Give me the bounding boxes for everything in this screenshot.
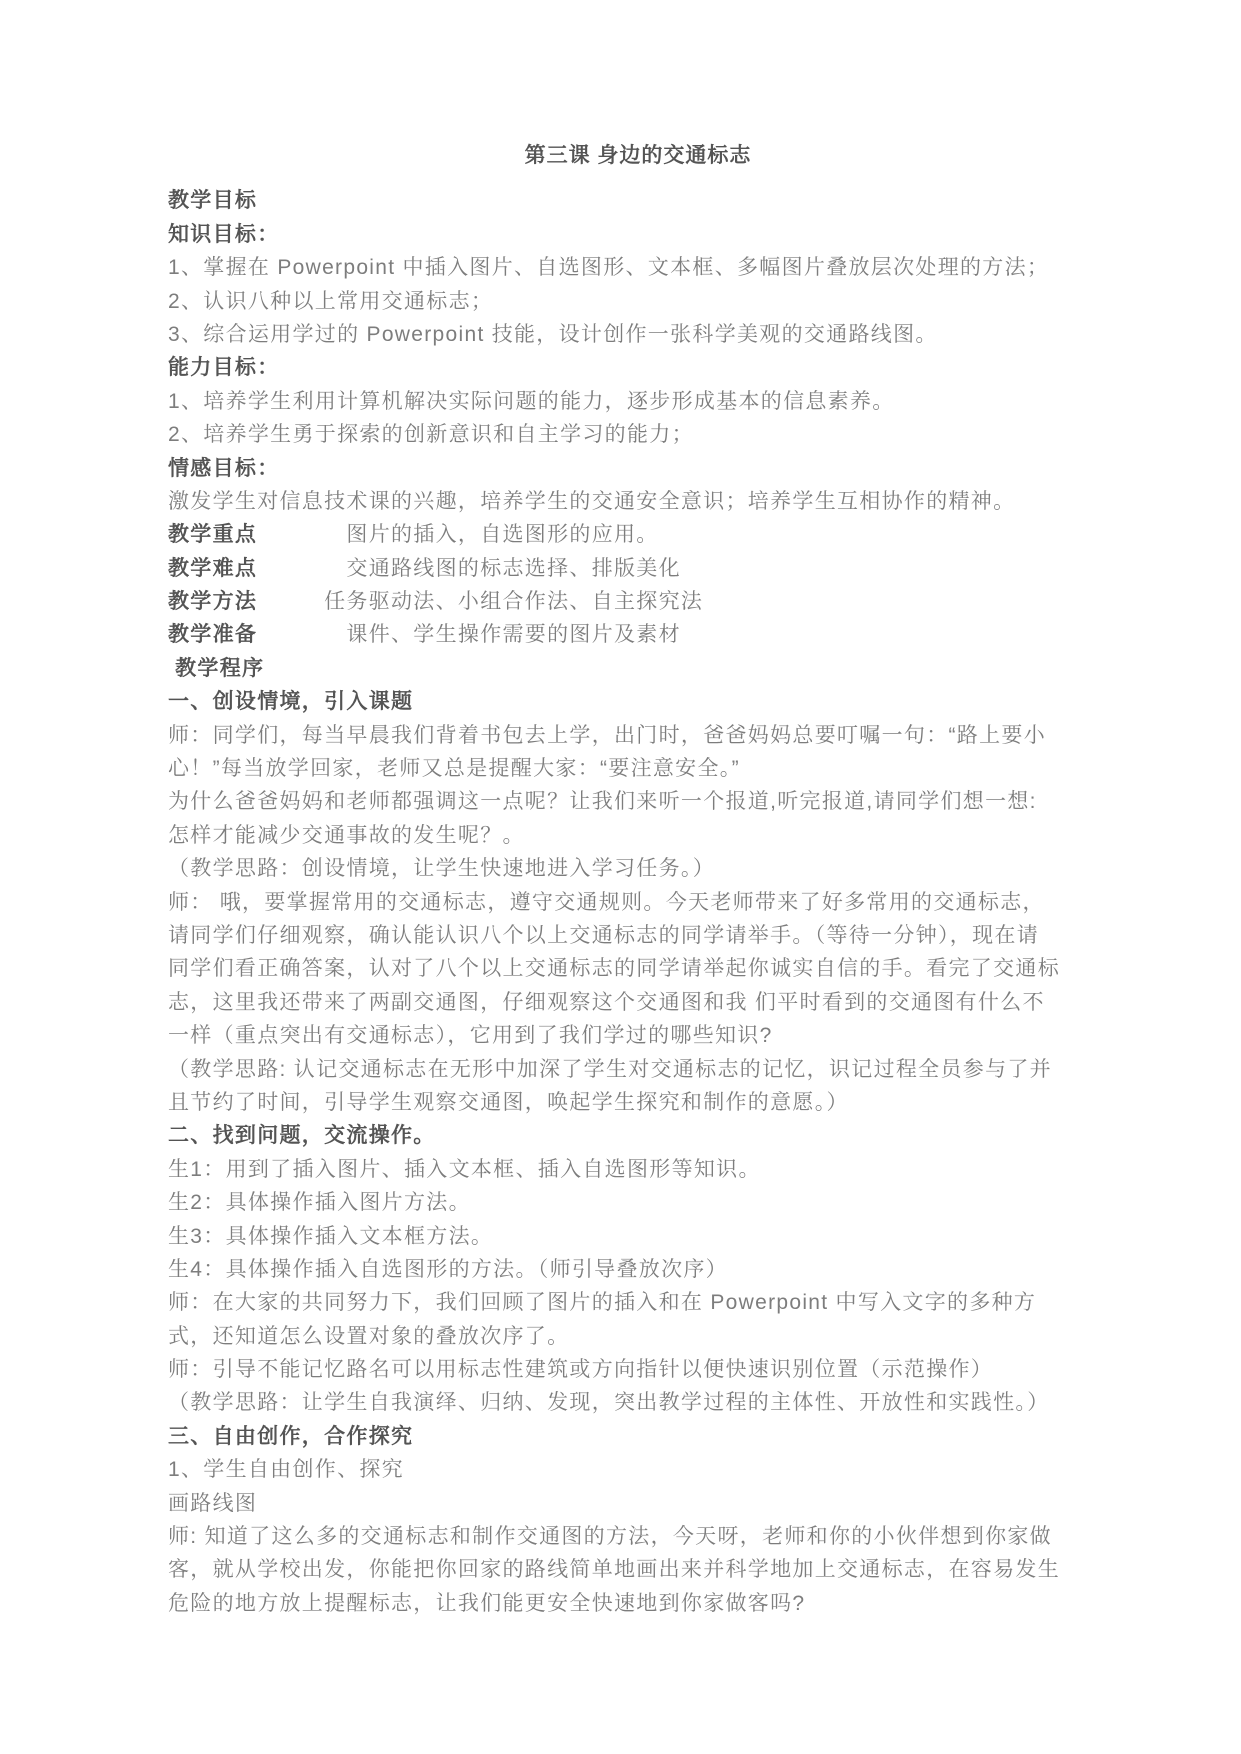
text-line: 一样（重点突出有交通标志），它用到了我们学过的哪些知识?	[168, 1019, 1108, 1052]
body-text: 客，就从学校出发，你能把你回家的路线简单地画出来并科学地加上交通标志，在容易发生	[168, 1558, 1060, 1581]
bold-text: 知识目标：	[168, 223, 280, 246]
body-text: 师：同学们，每当早晨我们背着书包去上学，出门时，爸爸妈妈总要叮嘱一句：“路上要小	[168, 724, 1046, 747]
bold-text: 教学程序	[168, 657, 264, 680]
body-text: 且节约了时间，引导学生观察交通图，唤起学生探究和制作的意愿。）	[168, 1091, 849, 1114]
text-line: 知识目标：	[168, 218, 1108, 251]
bold-text: 三、自由创作，合作探究	[168, 1425, 413, 1448]
body-text: 2、认识八种以上常用交通标志；	[168, 290, 493, 313]
body-text: 危险的地方放上提醒标志，让我们能更安全快速地到你家做客吗?	[168, 1592, 805, 1615]
text-line: 教学重点 图片的插入，自选图形的应用。	[168, 518, 1108, 551]
body-text: 激发学生对信息技术课的兴趣，培养学生的交通安全意识；培养学生互相协作的精神。	[168, 490, 1015, 513]
body-text: 1、培养学生利用计算机解决实际问题的能力，逐步形成基本的信息素养。	[168, 390, 895, 413]
bold-text: 教学难点	[168, 557, 257, 580]
text-line: 画路线图	[168, 1487, 1108, 1520]
text-line: 客，就从学校出发，你能把你回家的路线简单地画出来并科学地加上交通标志，在容易发生	[168, 1553, 1108, 1586]
text-line: 怎样才能减少交通事故的发生呢？。	[168, 819, 1108, 852]
text-line: 激发学生对信息技术课的兴趣，培养学生的交通安全意识；培养学生互相协作的精神。	[168, 485, 1108, 518]
text-line: 教学难点 交通路线图的标志选择、排版美化	[168, 552, 1108, 585]
body-text: 式，还知道怎么设置对象的叠放次序了。	[168, 1325, 569, 1348]
text-line: 教学程序	[168, 652, 1108, 685]
text-line: 1、学生自由创作、探究	[168, 1453, 1108, 1486]
bold-text: 能力目标：	[168, 356, 280, 379]
body-text: 师：在大家的共同努力下，我们回顾了图片的插入和在 Powerpoint 中写入文…	[168, 1291, 1036, 1314]
text-line: 师：引导不能记忆路名可以用标志性建筑或方向指针以便快速识别位置（示范操作）	[168, 1353, 1108, 1386]
text-line: 且节约了时间，引导学生观察交通图，唤起学生探究和制作的意愿。）	[168, 1086, 1108, 1119]
text-line: 3、综合运用学过的 Powerpoint 技能，设计创作一张科学美观的交通路线图…	[168, 318, 1108, 351]
text-line: 师：同学们，每当早晨我们背着书包去上学，出门时，爸爸妈妈总要叮嘱一句：“路上要小	[168, 719, 1108, 752]
text-line: 生4：具体操作插入自选图形的方法。（师引导叠放次序）	[168, 1253, 1108, 1286]
text-line: 1、掌握在 Powerpoint 中插入图片、自选图形、文本框、多幅图片叠放层次…	[168, 251, 1108, 284]
body-text: 生1：用到了插入图片、插入文本框、插入自选图形等知识。	[168, 1158, 761, 1181]
text-line: 为什么爸爸妈妈和老师都强调这一点呢？让我们来听一个报道,听完报道,请同学们想一想…	[168, 785, 1108, 818]
body-text: 1、学生自由创作、探究	[168, 1458, 404, 1481]
body-text: 一样（重点突出有交通标志），它用到了我们学过的哪些知识?	[168, 1024, 773, 1047]
body-text: 课件、学生操作需要的图片及素材	[257, 623, 681, 646]
text-line: （教学思路：创设情境，让学生快速地进入学习任务。）	[168, 852, 1108, 885]
document-content: 第三课 身边的交通标志 教学目标知识目标：1、掌握在 Powerpoint 中插…	[168, 139, 1108, 1620]
body-text: 图片的插入，自选图形的应用。	[257, 523, 658, 546]
text-line: 请同学们仔细观察，确认能认识八个以上交通标志的同学请举手。（等待一分钟），现在请	[168, 919, 1108, 952]
text-line: 2、培养学生勇于探索的创新意识和自主学习的能力；	[168, 418, 1108, 451]
body-text: 怎样才能减少交通事故的发生呢？。	[168, 824, 525, 847]
text-line: 1、培养学生利用计算机解决实际问题的能力，逐步形成基本的信息素养。	[168, 385, 1108, 418]
body-text: 师：引导不能记忆路名可以用标志性建筑或方向指针以便快速识别位置（示范操作）	[168, 1358, 993, 1381]
body-text: 师: 知道了这么多的交通标志和制作交通图的方法，今天呀，老师和你的小伙伴想到你家…	[168, 1525, 1052, 1548]
body-text: （教学思路：创设情境，让学生快速地进入学习任务。）	[168, 857, 715, 880]
text-line: 三、自由创作，合作探究	[168, 1420, 1108, 1453]
body-text: 画路线图	[168, 1492, 257, 1515]
body-text: （教学思路: 认记交通标志在无形中加深了学生对交通标志的记忆，识记过程全员参与了…	[168, 1058, 1052, 1081]
document-title: 第三课 身边的交通标志	[168, 139, 1108, 172]
body-text: 1、掌握在 Powerpoint 中插入图片、自选图形、文本框、多幅图片叠放层次…	[168, 256, 1049, 279]
document-body: 教学目标知识目标：1、掌握在 Powerpoint 中插入图片、自选图形、文本框…	[168, 184, 1108, 1620]
text-line: （教学思路: 认记交通标志在无形中加深了学生对交通标志的记忆，识记过程全员参与了…	[168, 1053, 1108, 1086]
text-line: 能力目标：	[168, 351, 1108, 384]
text-line: 危险的地方放上提醒标志，让我们能更安全快速地到你家做客吗?	[168, 1587, 1108, 1620]
bold-text: 情感目标：	[168, 457, 280, 480]
body-text: 2、培养学生勇于探索的创新意识和自主学习的能力；	[168, 423, 694, 446]
body-text: 师： 哦，要掌握常用的交通标志，遵守交通规则。今天老师带来了好多常用的交通标志，	[168, 891, 1045, 914]
body-text: （教学思路：让学生自我演绎、归纳、发现，突出教学过程的主体性、开放性和实践性。）	[168, 1391, 1050, 1414]
bold-text: 教学重点	[168, 523, 257, 546]
body-text: 3、综合运用学过的 Powerpoint 技能，设计创作一张科学美观的交通路线图…	[168, 323, 938, 346]
document-page: 第三课 身边的交通标志 教学目标知识目标：1、掌握在 Powerpoint 中插…	[0, 0, 1241, 1754]
body-text: 心！”每当放学回家，老师又总是提醒大家：“要注意安全。”	[168, 757, 740, 780]
text-line: 情感目标：	[168, 452, 1108, 485]
text-line: 心！”每当放学回家，老师又总是提醒大家：“要注意安全。”	[168, 752, 1108, 785]
text-line: 志，这里我还带来了两副交通图，仔细观察这个交通图和我 们平时看到的交通图有什么不	[168, 986, 1108, 1019]
text-line: 生2：具体操作插入图片方法。	[168, 1186, 1108, 1219]
bold-text: 教学目标	[168, 189, 257, 212]
body-text: 请同学们仔细观察，确认能认识八个以上交通标志的同学请举手。（等待一分钟），现在请	[168, 924, 1039, 947]
body-text: 志，这里我还带来了两副交通图，仔细观察这个交通图和我 们平时看到的交通图有什么不	[168, 991, 1045, 1014]
body-text: 任务驱动法、小组合作法、自主探究法	[257, 590, 703, 613]
text-line: 教学方法 任务驱动法、小组合作法、自主探究法	[168, 585, 1108, 618]
bold-text: 一、创设情境，引入课题	[168, 690, 413, 713]
text-line: 生1：用到了插入图片、插入文本框、插入自选图形等知识。	[168, 1153, 1108, 1186]
text-line: 师：在大家的共同努力下，我们回顾了图片的插入和在 Powerpoint 中写入文…	[168, 1286, 1108, 1319]
text-line: 同学们看正确答案，认对了八个以上交通标志的同学请举起你诚实自信的手。看完了交通标	[168, 952, 1108, 985]
text-line: 式，还知道怎么设置对象的叠放次序了。	[168, 1320, 1108, 1353]
text-line: （教学思路：让学生自我演绎、归纳、发现，突出教学过程的主体性、开放性和实践性。）	[168, 1386, 1108, 1419]
body-text: 生2：具体操作插入图片方法。	[168, 1191, 471, 1214]
text-line: 教学目标	[168, 184, 1108, 217]
text-line: 师： 哦，要掌握常用的交通标志，遵守交通规则。今天老师带来了好多常用的交通标志，	[168, 886, 1108, 919]
text-line: 2、认识八种以上常用交通标志；	[168, 285, 1108, 318]
text-line: 师: 知道了这么多的交通标志和制作交通图的方法，今天呀，老师和你的小伙伴想到你家…	[168, 1520, 1108, 1553]
body-text: 交通路线图的标志选择、排版美化	[257, 557, 681, 580]
bold-text: 教学准备	[168, 623, 257, 646]
bold-text: 教学方法	[168, 590, 257, 613]
body-text: 为什么爸爸妈妈和老师都强调这一点呢？让我们来听一个报道,听完报道,请同学们想一想…	[168, 790, 1037, 813]
text-line: 一、创设情境，引入课题	[168, 685, 1108, 718]
text-line: 生3：具体操作插入文本框方法。	[168, 1220, 1108, 1253]
text-line: 教学准备 课件、学生操作需要的图片及素材	[168, 618, 1108, 651]
body-text: 同学们看正确答案，认对了八个以上交通标志的同学请举起你诚实自信的手。看完了交通标	[168, 957, 1060, 980]
text-line: 二、找到问题，交流操作。	[168, 1119, 1108, 1152]
body-text: 生4：具体操作插入自选图形的方法。（师引导叠放次序）	[168, 1258, 728, 1281]
body-text: 生3：具体操作插入文本框方法。	[168, 1225, 493, 1248]
bold-text: 二、找到问题，交流操作。	[168, 1124, 436, 1147]
